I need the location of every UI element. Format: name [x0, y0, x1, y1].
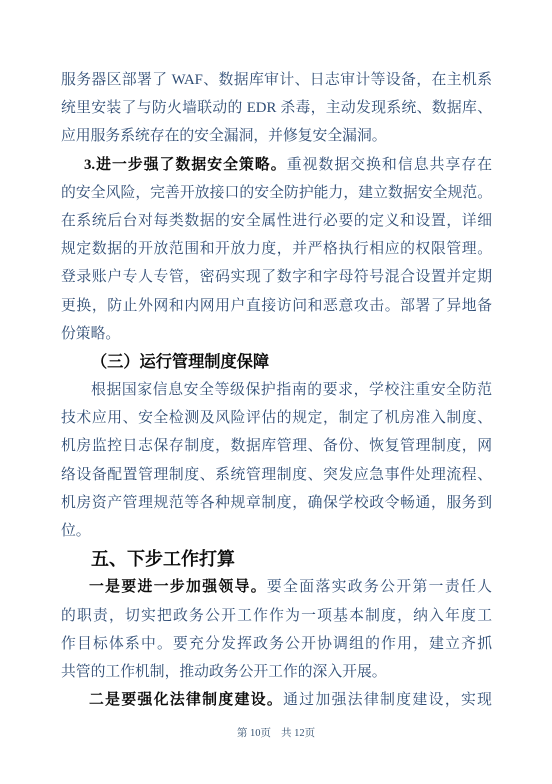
- section-heading: 五、下步工作打算: [61, 545, 492, 573]
- text-segment: 重视数据交换和信息共享存在: [287, 157, 492, 173]
- text-segment: 更换，防止外网和内网用户直接访问和恶意攻击。部署了异地备: [61, 298, 492, 314]
- text-segment: 位。: [61, 523, 91, 539]
- text-segment: 要全面落实政务公开第一责任人: [267, 579, 492, 595]
- text-segment: 在系统后台对每类数据的安全属性进行必要的定义和设置，详细: [61, 213, 492, 229]
- text-segment: 应用服务系统存在的安全漏洞，并修复安全漏洞。: [61, 128, 387, 144]
- text-segment: 机房资产管理规范等各种规章制度，确保学校政令畅通，服务到: [61, 495, 492, 511]
- text-segment: 的安全风险，完善开放接口的安全防护能力，建立数据安全规范。: [61, 185, 492, 201]
- text-line: 在系统后台对每类数据的安全属性进行必要的定义和设置，详细: [61, 207, 492, 235]
- text-segment: 机房监控日志保存制度，数据库管理、备份、恢复管理制度，网: [61, 438, 492, 454]
- bold-text-segment: （三）运行管理制度保障: [91, 353, 269, 371]
- bold-text-segment: 3.进一步强了数据安全策略。: [84, 157, 287, 173]
- bold-text-segment: 一是要进一步加强领导。: [89, 579, 267, 595]
- page-footer: 第 10页共 12页: [0, 725, 552, 740]
- text-line: 的职责，切实把政务公开工作作为一项基本制度，纳入年度工: [61, 602, 492, 630]
- bold-text-segment: 二是要强化法律制度建设。: [89, 692, 283, 708]
- page-content: 服务器区部署了 WAF、数据库审计、日志审计等设备，在主机系统里安装了与防火墙联…: [61, 66, 492, 714]
- text-segment: 份策略。: [61, 326, 120, 342]
- text-line: 应用服务系统存在的安全漏洞，并修复安全漏洞。: [61, 122, 492, 150]
- section-heading: （三）运行管理制度保障: [61, 348, 492, 376]
- text-line: 登录账户专人专管，密码实现了数字和字母符号混合设置并定期: [61, 263, 492, 291]
- text-line: 3.进一步强了数据安全策略。重视数据交换和信息共享存在: [61, 151, 492, 179]
- document-page: 服务器区部署了 WAF、数据库审计、日志审计等设备，在主机系统里安装了与防火墙联…: [0, 0, 552, 784]
- text-segment: 的职责，切实把政务公开工作作为一项基本制度，纳入年度工: [61, 608, 492, 624]
- text-segment: 规定数据的开放范围和开放力度，并严格执行相应的权限管理。: [61, 241, 492, 257]
- text-line: 份策略。: [61, 320, 492, 348]
- text-line: 规定数据的开放范围和开放力度，并严格执行相应的权限管理。: [61, 235, 492, 263]
- text-line: 作目标体系中。要充分发挥政务公开协调组的作用，建立齐抓: [61, 630, 492, 658]
- text-line: 的安全风险，完善开放接口的安全防护能力，建立数据安全规范。: [61, 179, 492, 207]
- text-segment: 通过加强法律制度建设，实现: [283, 692, 492, 708]
- text-line: 位。: [61, 517, 492, 545]
- text-line: 服务器区部署了 WAF、数据库审计、日志审计等设备，在主机系: [61, 66, 492, 94]
- text-segment: 作目标体系中。要充分发挥政务公开协调组的作用，建立齐抓: [61, 636, 492, 652]
- text-line: 共管的工作机制，推动政务公开工作的深入开展。: [61, 658, 492, 686]
- text-line: 技术应用、安全检测及风险评估的规定，制定了机房准入制度、: [61, 404, 492, 432]
- text-line: 机房监控日志保存制度，数据库管理、备份、恢复管理制度，网: [61, 432, 492, 460]
- text-segment: 络设备配置管理制度、系统管理制度、突发应急事件处理流程、: [61, 467, 492, 483]
- footer-page-number: 第 10页: [237, 728, 271, 739]
- text-segment: 登录账户专人专管，密码实现了数字和字母符号混合设置并定期: [61, 269, 492, 285]
- text-segment: 根据国家信息安全等级保护指南的要求，学校注重安全防范: [91, 382, 492, 398]
- text-segment: 技术应用、安全检测及风险评估的规定，制定了机房准入制度、: [61, 410, 492, 426]
- footer-page-total: 共 12页: [281, 728, 315, 739]
- text-segment: 服务器区部署了 WAF、数据库审计、日志审计等设备，在主机系: [61, 72, 492, 88]
- text-segment: 统里安装了与防火墙联动的 EDR 杀毒，主动发现系统、数据库、: [61, 100, 492, 116]
- text-line: 统里安装了与防火墙联动的 EDR 杀毒，主动发现系统、数据库、: [61, 94, 492, 122]
- text-line: 络设备配置管理制度、系统管理制度、突发应急事件处理流程、: [61, 461, 492, 489]
- text-line: 更换，防止外网和内网用户直接访问和恶意攻击。部署了异地备: [61, 292, 492, 320]
- text-line: 二是要强化法律制度建设。通过加强法律制度建设，实现: [61, 686, 492, 714]
- text-segment: 共管的工作机制，推动政务公开工作的深入开展。: [61, 664, 387, 680]
- text-line: 一是要进一步加强领导。要全面落实政务公开第一责任人: [61, 573, 492, 601]
- text-line: 机房资产管理规范等各种规章制度，确保学校政令畅通，服务到: [61, 489, 492, 517]
- bold-text-segment: 五、下步工作打算: [91, 549, 235, 569]
- text-line: 根据国家信息安全等级保护指南的要求，学校注重安全防范: [61, 376, 492, 404]
